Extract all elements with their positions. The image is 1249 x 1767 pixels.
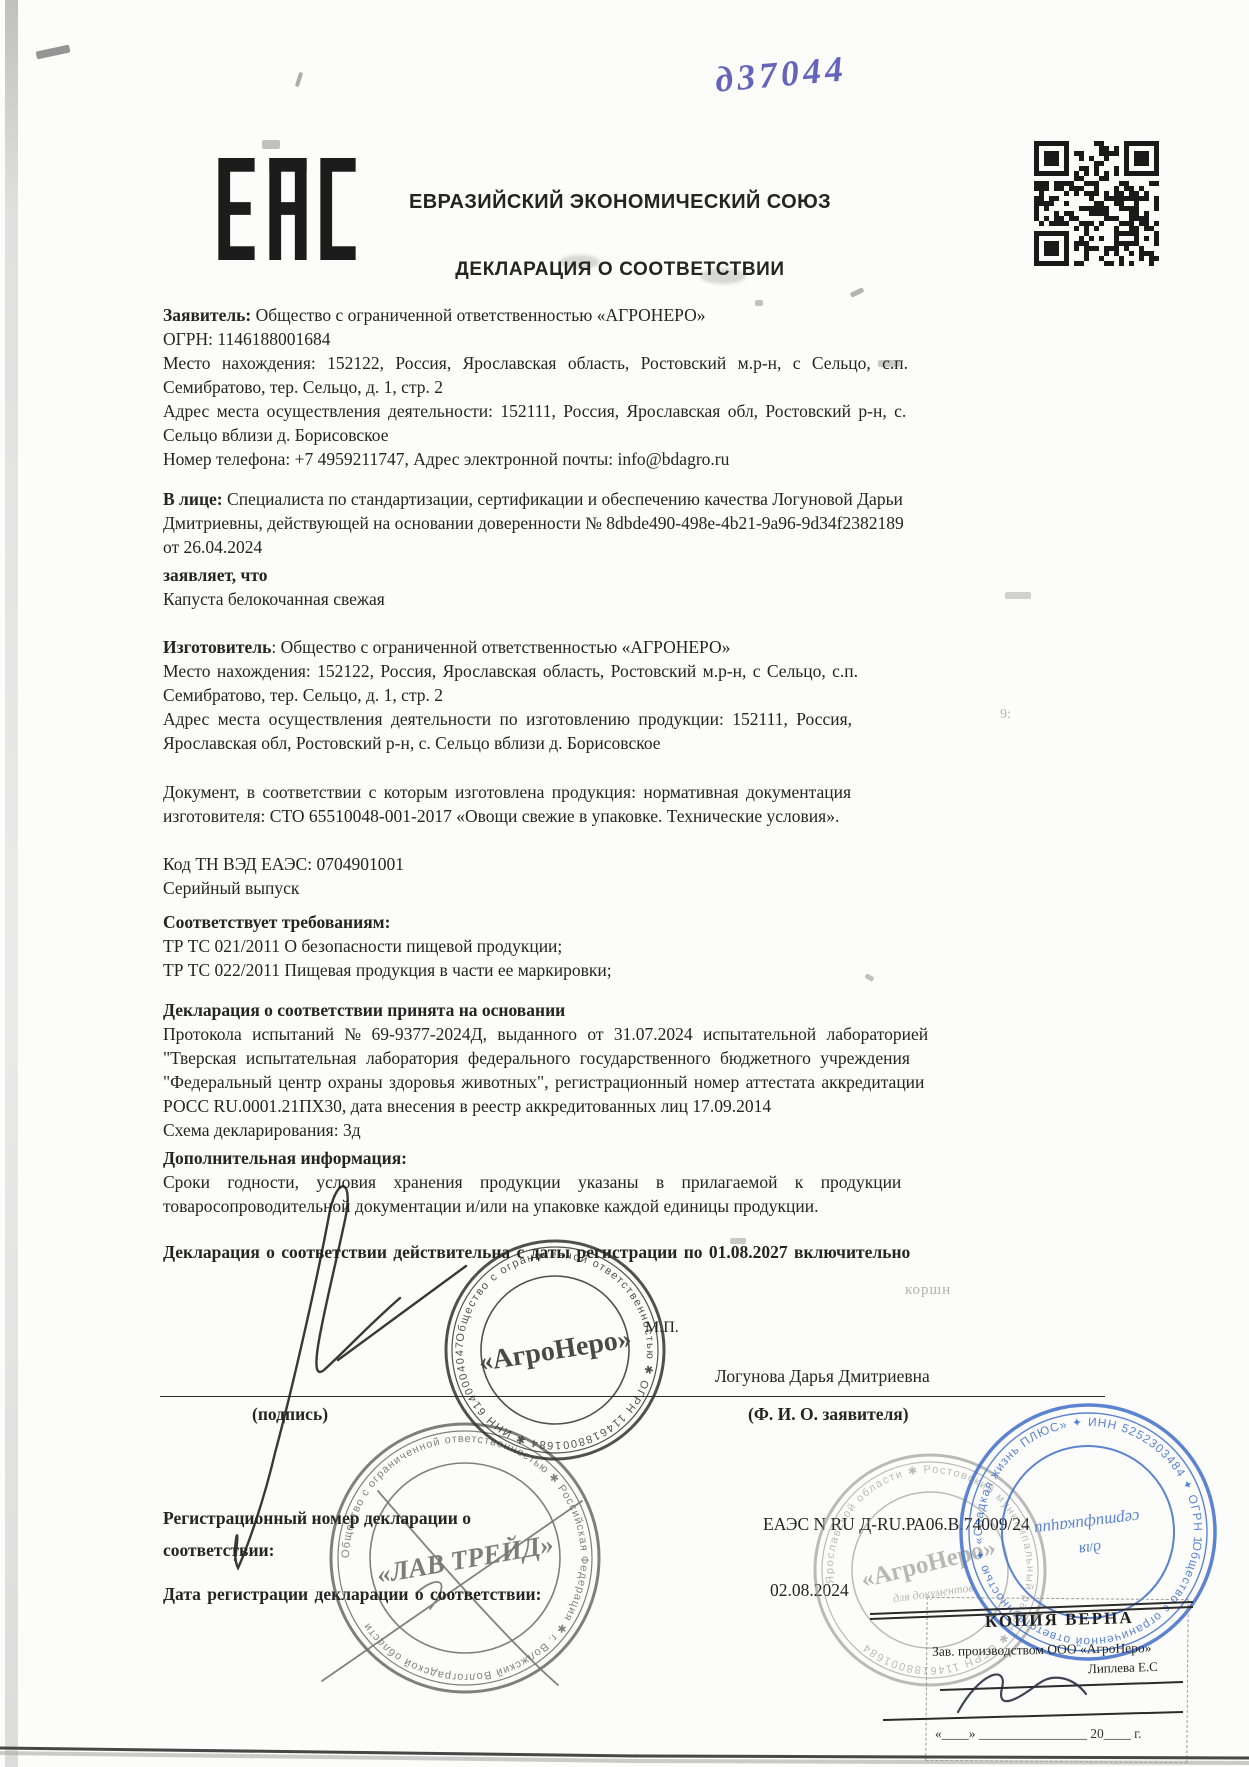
scan-speck bbox=[295, 72, 303, 88]
stamp-agronero-center-text: «АгроНеро» bbox=[476, 1323, 633, 1378]
representative-line1: В лице: Специалиста по стандартизации, с… bbox=[163, 487, 903, 511]
representative-label: В лице: bbox=[163, 489, 223, 509]
scan-speck bbox=[262, 140, 280, 149]
compliance-line2: ТР ТС 022/2011 Пищевая продукция в части… bbox=[163, 958, 612, 982]
doc-title: ДЕКЛАРАЦИЯ О СООТВЕТСТВИИ bbox=[160, 258, 1080, 282]
applicant-activity-line1: Адрес места осуществления деятельности: … bbox=[163, 399, 906, 423]
manufacturer-activity-line2: Ярославская обл, Ростовский р-н, с. Сель… bbox=[163, 731, 661, 755]
applicant-activity-line2: Сельцо вблизи д. Борисовское bbox=[163, 423, 388, 447]
manufacturer-address-line2: Семибратово, тер. Сельцо, д. 1, стр. 2 bbox=[163, 683, 443, 707]
declared-product: Капуста белокочанная свежая bbox=[163, 587, 385, 611]
scanned-declaration-page: д37044 ЕВРАЗИЙСКИЙ ЭКОНОМИЧЕСКИЙ СОЮЗ ДЕ… bbox=[0, 0, 1249, 1767]
acceptance-basis-label: Декларация о соответствии принята на осн… bbox=[163, 998, 565, 1022]
document-basis-line1: Документ, в соответствии с которым изгот… bbox=[163, 780, 851, 804]
acceptance-basis-line3: "Федеральный центр охраны здоровья живот… bbox=[163, 1070, 924, 1094]
acceptance-basis-line1: Протокола испытаний № 69-9377-2024Д, выд… bbox=[163, 1022, 928, 1046]
qr-code bbox=[1033, 140, 1160, 267]
manufacturer-name: : Общество с ограниченной ответственност… bbox=[271, 637, 730, 657]
manufacturer-activity-line1: Адрес места осуществления деятельности п… bbox=[163, 707, 852, 731]
fio-caption: (Ф. И. О. заявителя) bbox=[748, 1402, 909, 1426]
declares-label: заявляет, что bbox=[163, 563, 268, 587]
representative-line3: от 26.04.2024 bbox=[163, 535, 262, 559]
scan-speck bbox=[1005, 592, 1031, 599]
representative-text: Специалиста по стандартизации, сертифика… bbox=[223, 489, 903, 509]
serial-issue: Серийный выпуск bbox=[163, 876, 299, 900]
manufacturer-name-line: Изготовитель: Общество с ограниченной от… bbox=[163, 635, 730, 659]
applicant-ogrn: ОГРН: 1146188001684 bbox=[163, 327, 330, 351]
scan-speck bbox=[864, 973, 874, 982]
copy-signature bbox=[950, 1650, 1100, 1730]
scan-speck bbox=[36, 45, 71, 60]
scan-edge-strip bbox=[5, 0, 18, 1767]
applicant-address-line2: Семибратово, тер. Сельцо, д. 1, стр. 2 bbox=[163, 375, 443, 399]
stamp-blue-center-line2: сертификации bbox=[1033, 1508, 1141, 1540]
copy-verified-label: КОПИЯ ВЕРНА bbox=[985, 1606, 1134, 1634]
scan-ghost-mark: 9: bbox=[1000, 703, 1011, 727]
applicant-phone: Номер телефона: +7 4959211747, Адрес эле… bbox=[163, 447, 729, 471]
compliance-label: Соответствует требованиям: bbox=[163, 910, 390, 934]
applicant-address-line1: Место нахождения: 152122, Россия, Яросла… bbox=[163, 351, 908, 375]
document-basis-line2: изготовителя: СТО 65510048-001-2017 «Ово… bbox=[163, 804, 839, 828]
manufacturer-address-line1: Место нахождения: 152122, Россия, Яросла… bbox=[163, 659, 858, 683]
applicant-name-line: Заявитель: Общество с ограниченной ответ… bbox=[163, 303, 705, 327]
reg-number-label-line2: соответствии: bbox=[163, 1538, 274, 1562]
copy-person-name: Липлева Е.С bbox=[1088, 1655, 1159, 1681]
union-title: ЕВРАЗИЙСКИЙ ЭКОНОМИЧЕСКИЙ СОЮЗ bbox=[160, 190, 1080, 214]
declaration-scheme: Схема декларирования: 3д bbox=[163, 1118, 361, 1142]
scan-ghost-text: коршн bbox=[905, 1278, 951, 1302]
handwritten-number: д37044 bbox=[714, 56, 847, 91]
compliance-line1: ТР ТС 021/2011 О безопасности пищевой пр… bbox=[163, 934, 562, 958]
stamp-blue-center-line1: для bbox=[1078, 1539, 1102, 1559]
applicant-fio: Логунова Дарья Дмитриевна bbox=[715, 1364, 930, 1388]
representative-line2: Дмитриевны, действующей на основании дов… bbox=[163, 511, 904, 535]
applicant-name: Общество с ограниченной ответственностью… bbox=[251, 305, 705, 325]
acceptance-basis-line2: "Тверская испытательная лаборатория феде… bbox=[163, 1046, 910, 1070]
scan-speck bbox=[850, 287, 865, 297]
applicant-label: Заявитель: bbox=[163, 305, 251, 325]
stamp-lavtrade-round: Общество с ограниченной ответственностью… bbox=[320, 1413, 610, 1703]
tnved-code: Код ТН ВЭД ЕАЭС: 0704901001 bbox=[163, 852, 404, 876]
scan-speck bbox=[755, 300, 763, 306]
manufacturer-label: Изготовитель bbox=[163, 637, 271, 657]
signature-caption: (подпись) bbox=[252, 1402, 328, 1426]
acceptance-basis-line4: РОСС RU.0001.21ПХ30, дата внесения в рее… bbox=[163, 1094, 771, 1118]
page-bottom-edge bbox=[0, 1740, 1249, 1767]
